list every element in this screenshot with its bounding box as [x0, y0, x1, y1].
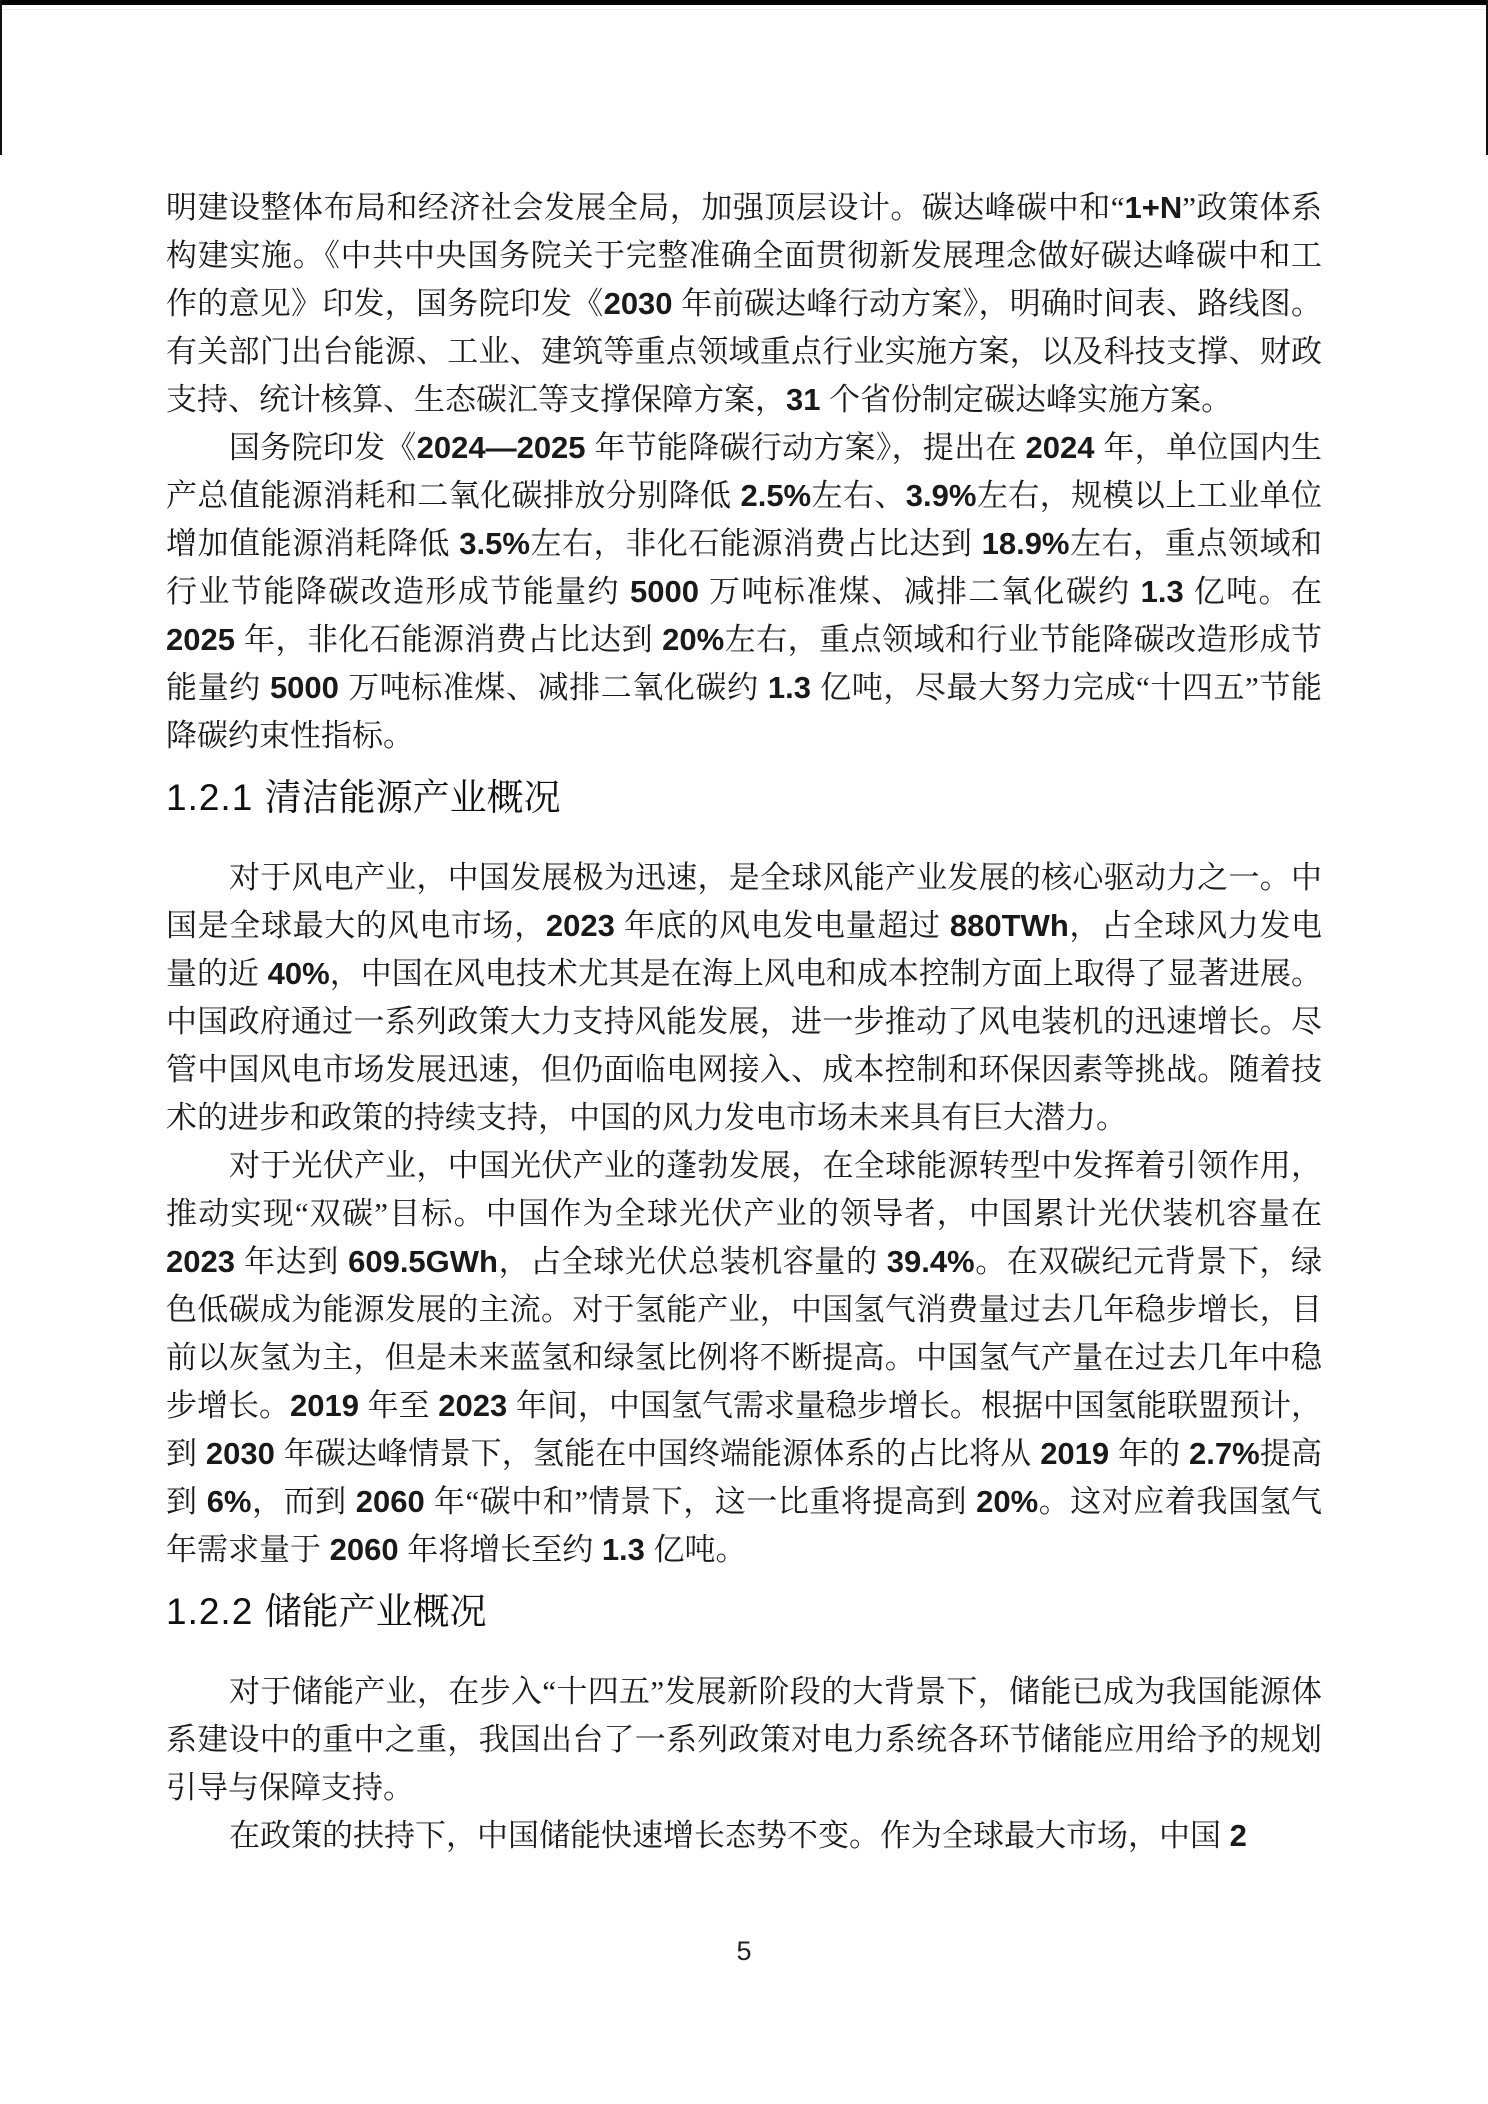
text-run: 2024 [1017, 430, 1104, 465]
text-run: 年，非化石能源消费占比达到 [244, 622, 653, 657]
text-run: 年将增长至约 [407, 1532, 593, 1567]
text-run: 在政策的扶持下，中国储能快速增长态势不变。作为全球最大市场，中国 [229, 1818, 1221, 1853]
text-run: 1+N [1125, 190, 1183, 225]
text-run: 储能产业概况 [265, 1591, 487, 1632]
text-run: 2030 [604, 286, 682, 321]
body-paragraph-storage-policy: 对于储能产业，在步入“十四五”发展新阶段的大背景下，储能已成为我国能源体系建设中… [166, 1668, 1322, 1812]
text-run: 2.5% [731, 478, 811, 513]
text-run: 亿吨。在 [1194, 574, 1322, 609]
text-run: 年底的风电发电量超过 [624, 908, 941, 943]
text-run: 31 [786, 382, 829, 417]
text-run: 年至 [368, 1388, 430, 1423]
text-run: 2025 [166, 622, 244, 657]
text-run: 明建设整体布局和经济社会发展全局，加强顶层设计。碳达峰碳中和“ [166, 190, 1125, 225]
body-paragraph-solar-hydrogen: 对于光伏产业，中国光伏产业的蓬勃发展，在全球能源转型中发挥着引领作用，推动实现“… [166, 1142, 1322, 1574]
text-run: 左右，非化石能源消费占比达到 [530, 526, 972, 561]
body-paragraph-policy-system: 明建设整体布局和经济社会发展全局，加强顶层设计。碳达峰碳中和“1+N”政策体系构… [166, 184, 1322, 424]
text-run: 个省份制定碳达峰实施方案。 [829, 382, 1232, 417]
text-run: 2.7% [1180, 1436, 1259, 1471]
body-paragraph-action-plan-2024-2025: 国务院印发《2024—2025 年节能降碳行动方案》，提出在 2024 年，单位… [166, 424, 1322, 760]
text-run: 万吨标准煤、减排二氧化碳约 [709, 574, 1131, 609]
text-run: 18.9% [972, 526, 1069, 561]
text-run: 对于储能产业，在步入“十四五”发展新阶段的大背景下，储能已成为我国能源体系建设中… [166, 1674, 1322, 1805]
text-run: 39.4% [878, 1244, 975, 1279]
page-number: 5 [0, 1936, 1488, 1967]
text-run: 2023 [166, 1244, 244, 1279]
text-run: 1.2.1 [166, 777, 265, 818]
text-run: 清洁能源产业概况 [265, 777, 561, 818]
text-run: 1.3 [759, 670, 820, 705]
text-run: 年节能降碳行动方案》，提出在 [594, 430, 1016, 465]
page-content: 明建设整体布局和经济社会发展全局，加强顶层设计。碳达峰碳中和“1+N”政策体系构… [166, 184, 1322, 1860]
text-run: 2023 [430, 1388, 516, 1423]
text-run: 年达到 [244, 1244, 339, 1279]
text-run: 6% [198, 1484, 252, 1519]
text-run: 20% [967, 1484, 1038, 1519]
section-heading-clean-energy: 1.2.1 清洁能源产业概况 [166, 772, 1322, 824]
text-run: 5000 [620, 574, 709, 609]
text-run: 万吨标准煤、减排二氧化碳约 [348, 670, 759, 705]
section-heading-energy-storage: 1.2.2 储能产业概况 [166, 1586, 1322, 1638]
text-run: 1.3 [593, 1532, 653, 1567]
text-run: 1.3 [1131, 574, 1194, 609]
text-run: 20% [653, 622, 724, 657]
text-run: 5000 [261, 670, 348, 705]
document-page: 明建设整体布局和经济社会发展全局，加强顶层设计。碳达峰碳中和“1+N”政策体系构… [0, 0, 1488, 2104]
text-run: ，而到 [252, 1484, 347, 1519]
top-rule-line [0, 9, 1488, 10]
text-run: 880TWh [941, 908, 1069, 943]
text-run: 年“碳中和”情景下，这一比重将提高到 [434, 1484, 967, 1519]
text-run: 2019 [290, 1388, 368, 1423]
text-run: 2030 [197, 1436, 284, 1471]
top-border [0, 0, 1488, 5]
body-paragraph-wind-power: 对于风电产业，中国发展极为迅速，是全球风能产业发展的核心驱动力之一。中国是全球最… [166, 854, 1322, 1142]
text-run: 国务院印发《 [229, 430, 417, 465]
text-run: 年的 [1118, 1436, 1180, 1471]
text-run: ，占全球光伏总装机容量的 [498, 1244, 878, 1279]
text-run: 2019 [1031, 1436, 1118, 1471]
text-run: ，中国在风电技术尤其是在海上风电和成本控制方面上取得了显著进展。中国政府通过一系… [166, 956, 1322, 1135]
text-run: 2 [1221, 1818, 1247, 1853]
text-run: 40% [259, 956, 330, 991]
left-edge-border [0, 0, 2, 155]
text-run: 2023 [546, 908, 624, 943]
body-paragraph-storage-growth: 在政策的扶持下，中国储能快速增长态势不变。作为全球最大市场，中国 2 [166, 1812, 1322, 1860]
text-run: 2024—2025 [417, 430, 595, 465]
text-run: 亿吨。 [654, 1532, 747, 1567]
text-run: 左右、 [811, 478, 906, 513]
text-run: 3.5% [450, 526, 530, 561]
text-run: 1.2.2 [166, 1591, 265, 1632]
text-run: 3.9% [906, 478, 977, 513]
text-run: 2060 [321, 1532, 407, 1567]
text-run: 2060 [347, 1484, 434, 1519]
text-run: 年碳达峰情景下，氢能在中国终端能源体系的占比将从 [284, 1436, 1032, 1471]
text-run: 609.5GWh [339, 1244, 498, 1279]
text-run: 对于光伏产业，中国光伏产业的蓬勃发展，在全球能源转型中发挥着引领作用，推动实现“… [166, 1148, 1322, 1231]
